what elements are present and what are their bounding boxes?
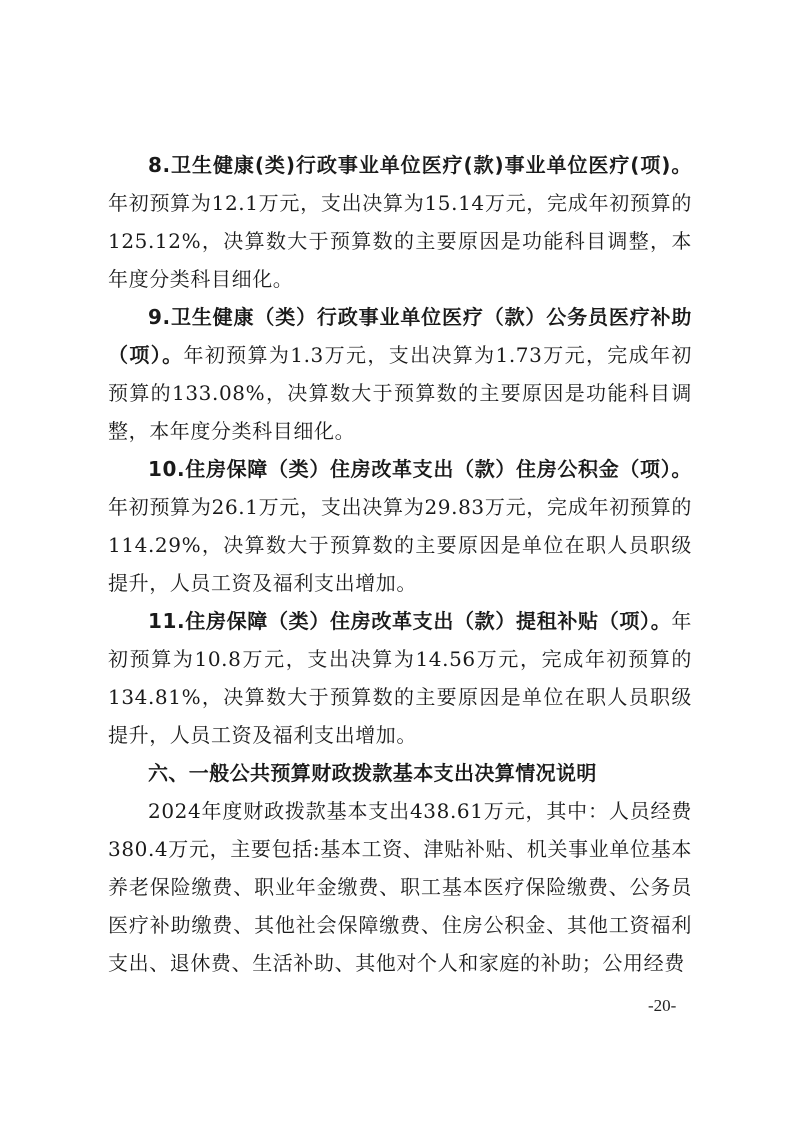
page-number: -20-	[648, 996, 676, 1016]
item-body: 年初预算为26.1万元，支出决算为29.83万元，完成年初预算的114.29%，…	[108, 495, 692, 595]
item-10: 10.住房保障（类）住房改革支出（款）住房公积金（项）。年初预算为26.1万元，…	[108, 450, 692, 602]
item-title: 10.住房保障（类）住房改革支出（款）住房公积金（项）。	[148, 457, 692, 481]
item-9: 9.卫生健康（类）行政事业单位医疗（款）公务员医疗补助（项）。年初预算为1.3万…	[108, 298, 692, 450]
item-11: 11.住房保障（类）住房改革支出（款）提租补贴（项）。年初预算为10.8万元，支…	[108, 602, 692, 754]
item-body: 年初预算为1.3万元，支出决算为1.73万元，完成年初预算的133.08%，决算…	[108, 343, 692, 443]
section-heading: 六、一般公共预算财政拨款基本支出决算情况说明	[108, 754, 692, 792]
document-page: 8.卫生健康(类)行政事业单位医疗(款)事业单位医疗(项)。年初预算为12.1万…	[108, 146, 692, 982]
item-8: 8.卫生健康(类)行政事业单位医疗(款)事业单位医疗(项)。年初预算为12.1万…	[108, 146, 692, 298]
item-title: 8.卫生健康(类)行政事业单位医疗(款)事业单位医疗(项)。	[148, 153, 692, 177]
item-title: 11.住房保障（类）住房改革支出（款）提租补贴（项）。	[148, 609, 671, 633]
item-body: 年初预算为12.1万元，支出决算为15.14万元，完成年初预算的125.12%，…	[108, 191, 692, 291]
section-body: 2024年度财政拨款基本支出438.61万元，其中：人员经费380.4万元，主要…	[108, 792, 692, 982]
